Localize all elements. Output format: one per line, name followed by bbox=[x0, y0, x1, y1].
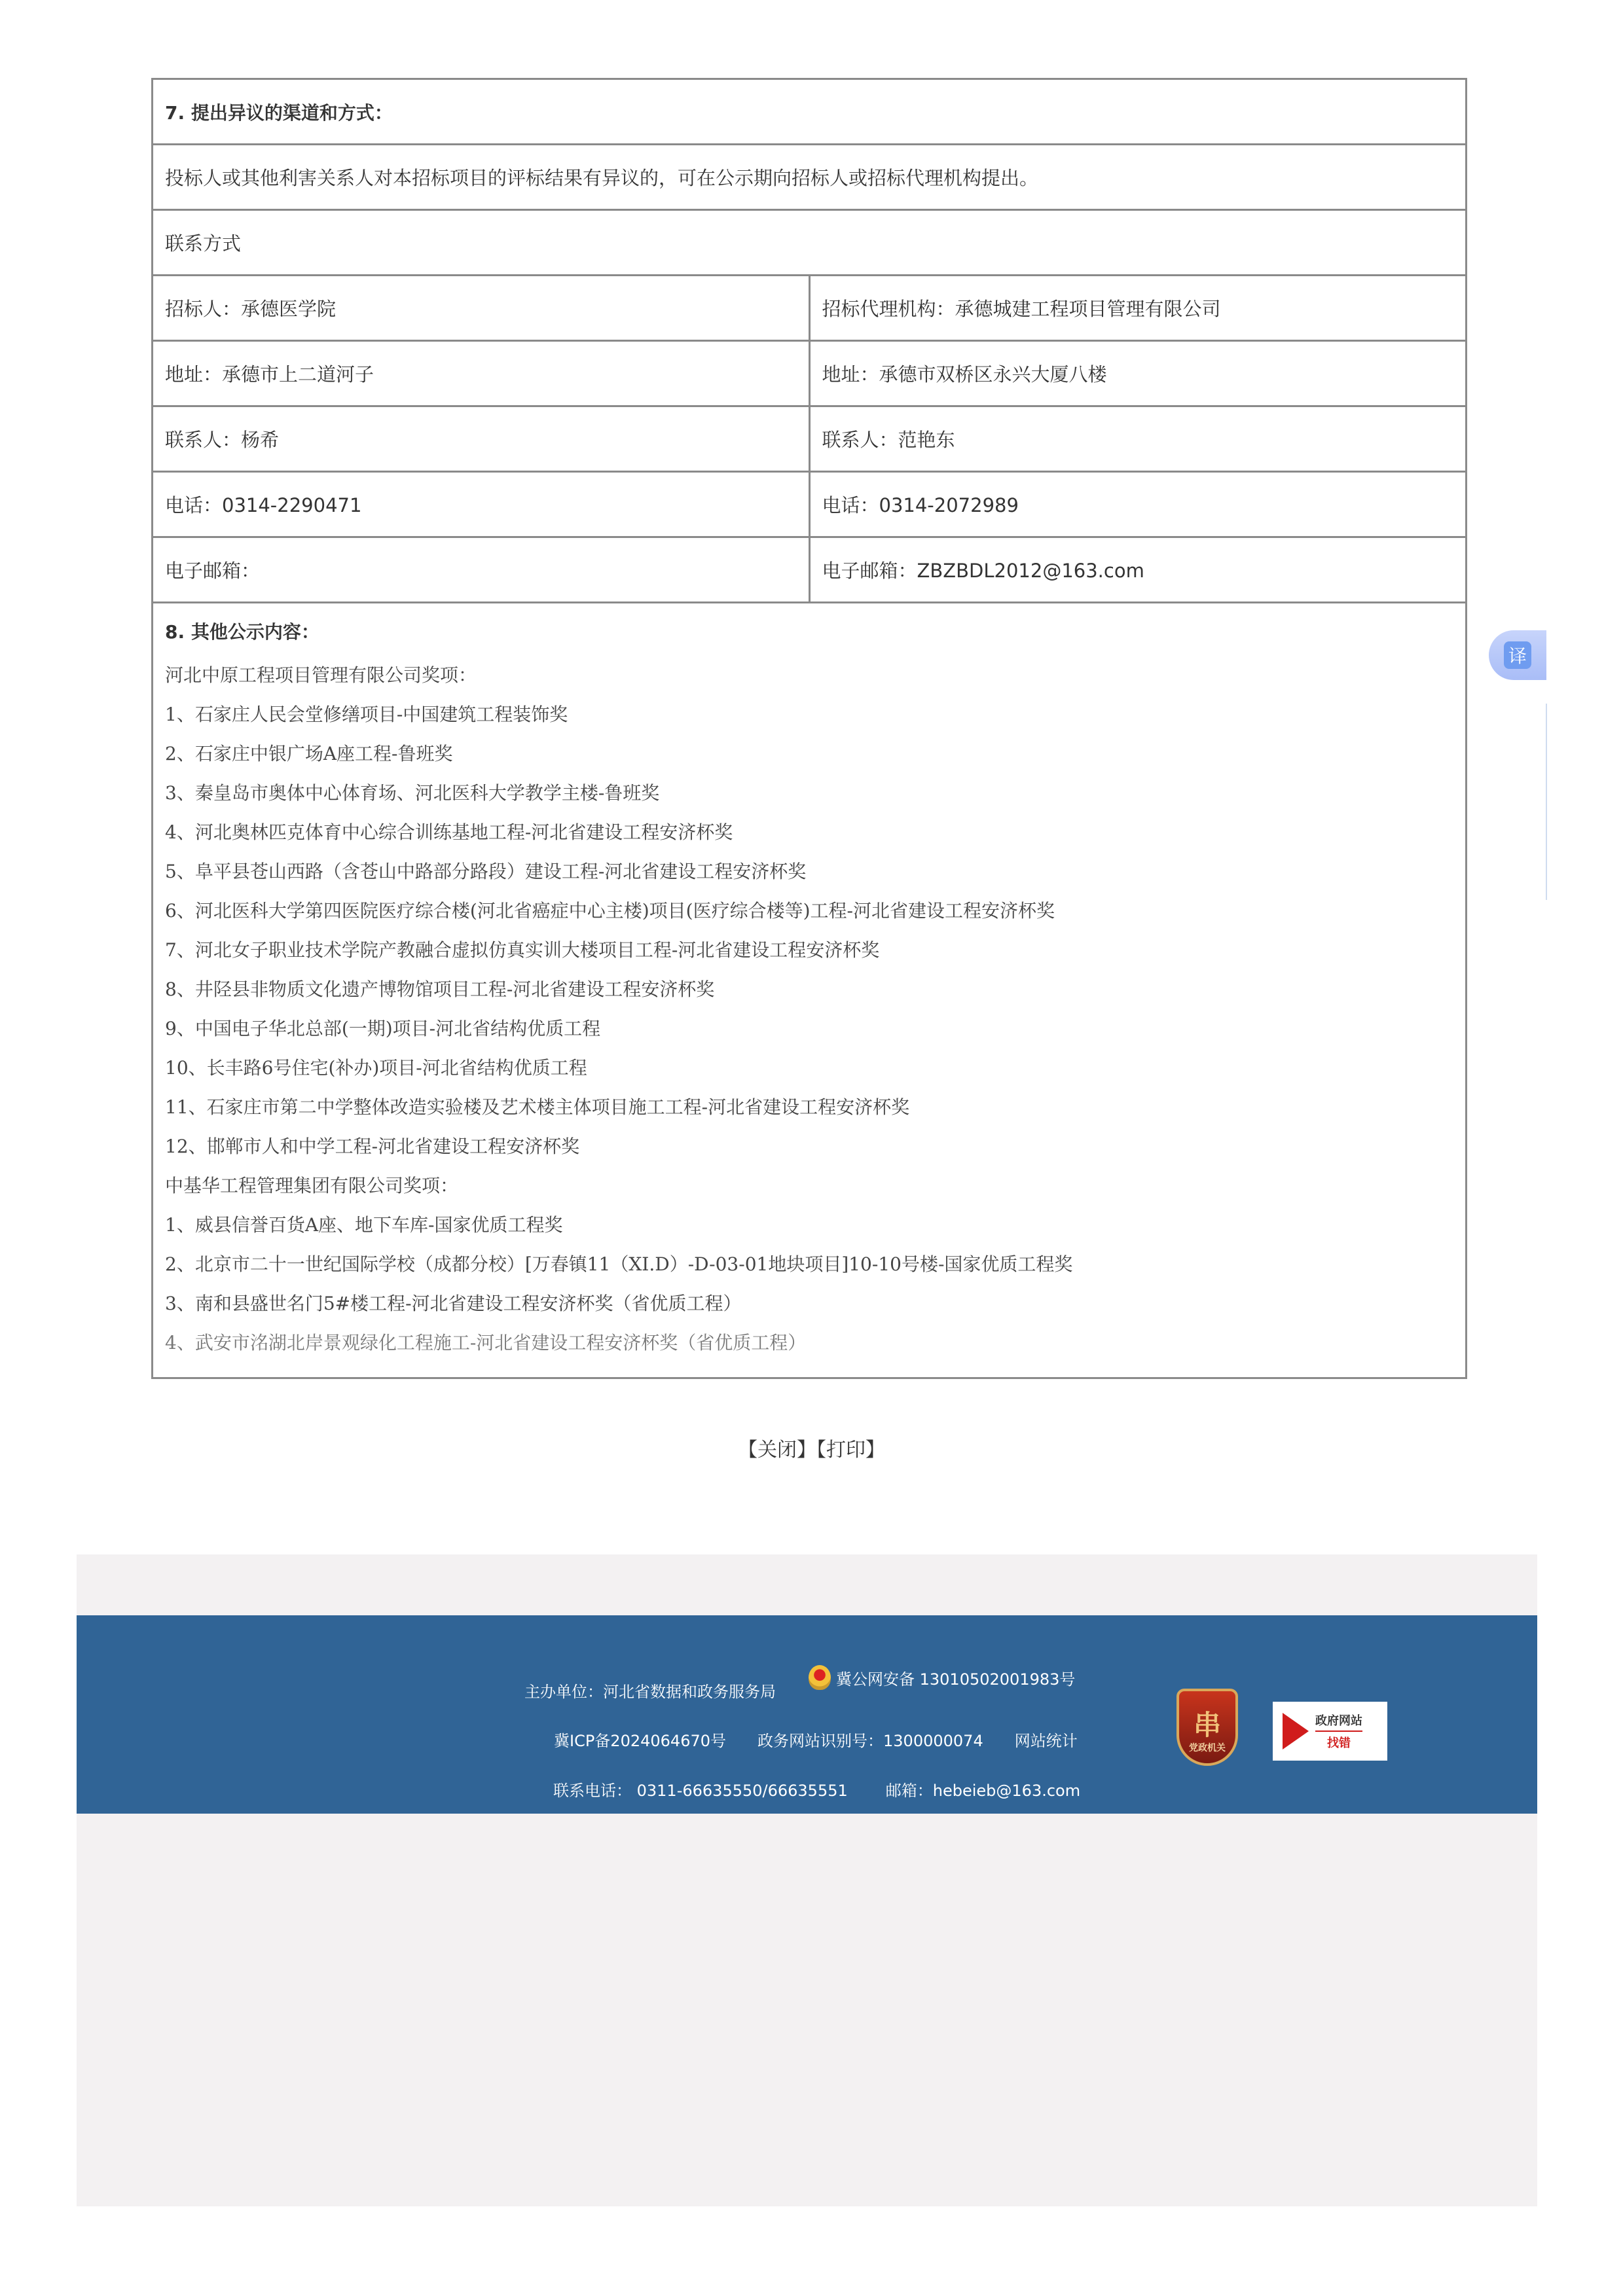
tenderer-name: 招标人：承德医学院 bbox=[153, 276, 810, 341]
award-item: 7、河北女子职业技术学院产教融合虚拟仿真实训大楼项目工程-河北省建设工程安济杯奖 bbox=[165, 931, 1453, 970]
award-item: 1、威县信誉百货A座、地下车库-国家优质工程奖 bbox=[165, 1206, 1453, 1245]
site-id: 政务网站识别号：1300000074 bbox=[757, 1728, 983, 1751]
award-item: 11、石家庄市第二中学整体改造实验楼及艺术楼主体项目施工工程-河北省建设工程安济… bbox=[165, 1088, 1453, 1127]
section7-title: 7. 提出异议的渠道和方式： bbox=[165, 102, 393, 124]
party-government-badge[interactable]: 串 党政机关 bbox=[1176, 1689, 1238, 1766]
agency-phone: 电话：0314-2072989 bbox=[809, 472, 1467, 537]
translate-button[interactable]: 译 bbox=[1489, 630, 1546, 680]
party-badge-label: 党政机关 bbox=[1189, 1741, 1226, 1754]
agency-email: 电子邮箱：ZBZBDL2012@163.com bbox=[809, 537, 1467, 603]
award-item: 6、河北医科大学第四医院医疗综合楼(河北省癌症中心主楼)项目(医疗综合楼等)工程… bbox=[165, 891, 1453, 931]
magnifier-icon bbox=[1283, 1713, 1309, 1749]
contact-row: 联系人：杨希 联系人：范艳东 bbox=[153, 406, 1467, 472]
site-stats-link[interactable]: 网站统计 bbox=[1015, 1728, 1078, 1751]
award-item: 12、邯郸市人和中学工程-河北省建设工程安济杯奖 bbox=[165, 1127, 1453, 1166]
report-error-badge[interactable]: 政府网站 找错 bbox=[1273, 1702, 1387, 1761]
footer-phone: 联系电话： 0311-66635550/66635551 bbox=[553, 1778, 848, 1801]
footer-row-2: 冀ICP备2024064670号 政务网站识别号：1300000074 网站统计 bbox=[554, 1728, 1078, 1751]
award-item: 3、秦皇岛市奥体中心体育场、河北医科大学教学主楼-鲁班奖 bbox=[165, 774, 1453, 813]
agency-name: 招标代理机构：承德城建工程项目管理有限公司 bbox=[809, 276, 1467, 341]
side-scroll-track bbox=[1546, 704, 1547, 900]
award-item: 2、石家庄中银广场A座工程-鲁班奖 bbox=[165, 734, 1453, 774]
section7-title-cell: 7. 提出异议的渠道和方式： bbox=[153, 79, 1467, 145]
tenderer-phone: 电话：0314-2290471 bbox=[153, 472, 810, 537]
award-item: 4、河北奥林匹克体育中心综合训练基地工程-河北省建设工程安济杯奖 bbox=[165, 813, 1453, 852]
contact-row: 电子邮箱： 电子邮箱：ZBZBDL2012@163.com bbox=[153, 537, 1467, 603]
contact-heading: 联系方式 bbox=[153, 210, 1467, 276]
translate-icon: 译 bbox=[1504, 641, 1531, 669]
award-item: 9、中国电子华北总部(一期)项目-河北省结构优质工程 bbox=[165, 1009, 1453, 1049]
notice-table: 7. 提出异议的渠道和方式： 投标人或其他利害关系人对本招标项目的评标结果有异议… bbox=[151, 78, 1467, 1379]
error-badge-line1: 政府网站 bbox=[1315, 1712, 1362, 1732]
sponsor-info: 主办单位：河北省数据和政务服务局 bbox=[524, 1679, 776, 1702]
award-item: 4、武安市洺湖北岸景观绿化工程施工-河北省建设工程安济杯奖（省优质工程） bbox=[165, 1323, 1453, 1363]
section8-content: 8. 其他公示内容： 河北中原工程项目管理有限公司奖项： 1、石家庄人民会堂修缮… bbox=[153, 603, 1467, 1378]
footer-email: 邮箱：hebeieb@163.com bbox=[886, 1778, 1080, 1801]
police-emblem-icon bbox=[809, 1665, 831, 1690]
award-item: 2、北京市二十一世纪国际学校（成都分校）[万春镇11（XI.D）-D-03-01… bbox=[165, 1245, 1453, 1284]
award-heading: 中基华工程管理集团有限公司奖项： bbox=[165, 1166, 1453, 1206]
contact-row: 地址：承德市上二道河子 地址：承德市双桥区永兴大厦八楼 bbox=[153, 341, 1467, 406]
police-record-link[interactable]: 冀公网安备 13010502001983号 bbox=[809, 1665, 1075, 1690]
award-item: 10、长丰路6号住宅(补办)项目-河北省结构优质工程 bbox=[165, 1049, 1453, 1088]
award-heading: 河北中原工程项目管理有限公司奖项： bbox=[165, 656, 1453, 695]
award-item: 3、南和县盛世名门5#楼工程-河北省建设工程安济杯奖（省优质工程） bbox=[165, 1284, 1453, 1323]
page-actions: 【关闭】【打印】 bbox=[0, 1433, 1623, 1462]
party-emblem-icon: 串 bbox=[1194, 1711, 1221, 1740]
award-item: 8、井陉县非物质文化遗产博物馆项目工程-河北省建设工程安济杯奖 bbox=[165, 970, 1453, 1009]
tenderer-email: 电子邮箱： bbox=[153, 537, 810, 603]
print-button[interactable]: 【打印】 bbox=[816, 1439, 885, 1462]
award-item: 1、石家庄人民会堂修缮项目-中国建筑工程装饰奖 bbox=[165, 695, 1453, 734]
section8-title: 8. 其他公示内容： bbox=[165, 618, 1453, 644]
agency-address: 地址：承德市双桥区永兴大厦八楼 bbox=[809, 341, 1467, 406]
icp-link[interactable]: 冀ICP备2024064670号 bbox=[554, 1728, 726, 1751]
contact-row: 电话：0314-2290471 电话：0314-2072989 bbox=[153, 472, 1467, 537]
footer-row-3: 联系电话： 0311-66635550/66635551 邮箱：hebeieb@… bbox=[553, 1778, 1080, 1801]
objection-description: 投标人或其他利害关系人对本招标项目的评标结果有异议的，可在公示期向招标人或招标代… bbox=[153, 145, 1467, 210]
close-button[interactable]: 【关闭】 bbox=[738, 1439, 816, 1462]
police-record-text: 冀公网安备 13010502001983号 bbox=[836, 1666, 1075, 1689]
agency-contact-person: 联系人：范艳东 bbox=[809, 406, 1467, 472]
award-item: 5、阜平县苍山西路（含苍山中路部分路段）建设工程-河北省建设工程安济杯奖 bbox=[165, 852, 1453, 891]
error-badge-line2: 找错 bbox=[1327, 1734, 1351, 1751]
site-footer: 主办单位：河北省数据和政务服务局 冀公网安备 13010502001983号 冀… bbox=[77, 1615, 1537, 1814]
contact-row: 招标人：承德医学院 招标代理机构：承德城建工程项目管理有限公司 bbox=[153, 276, 1467, 341]
tenderer-address: 地址：承德市上二道河子 bbox=[153, 341, 810, 406]
tenderer-contact-person: 联系人：杨希 bbox=[153, 406, 810, 472]
